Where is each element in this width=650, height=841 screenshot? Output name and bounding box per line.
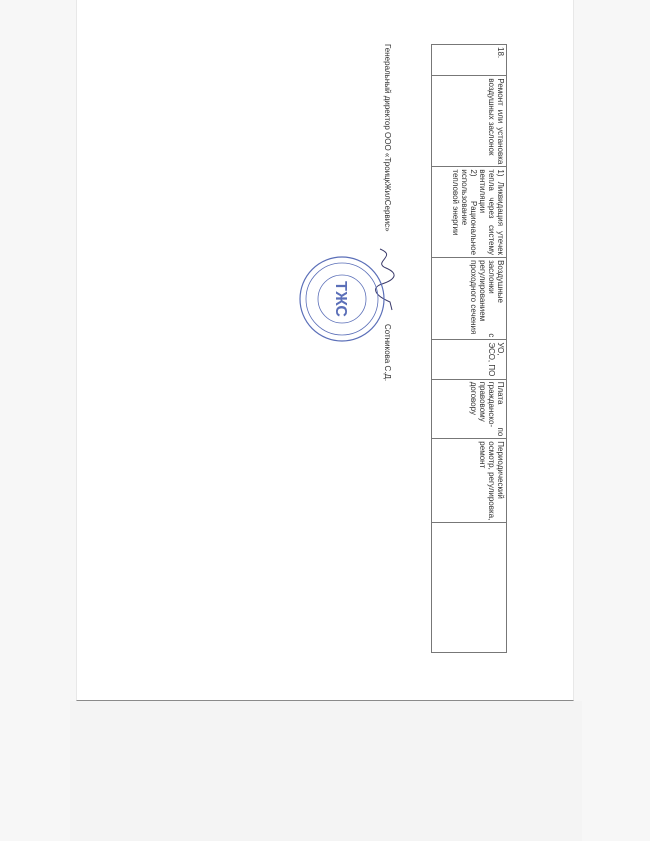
- goal-line-2: 2) Рациональное использование тепловой э…: [451, 169, 478, 255]
- company-stamp-icon: ТЖС: [297, 254, 387, 344]
- next-page-area: [70, 701, 582, 841]
- cell-description: Воздушные заслонки с регулированием прох…: [432, 258, 507, 340]
- goal-line-1: 1) Ликвидация утечек тепла через систему…: [478, 169, 505, 255]
- cell-notes: [432, 523, 507, 653]
- director-label: Генеральный директор ООО «ТроицкЖилСерви…: [383, 44, 392, 232]
- cell-frequency: Периодический осмотр, регулировка, ремон…: [432, 439, 507, 523]
- cell-number: 18.: [432, 45, 507, 76]
- table-row: 18. Ремонт или установка воздушных засло…: [432, 45, 507, 653]
- rotated-content: 18. Ремонт или установка воздушных засло…: [207, 44, 507, 653]
- cell-payment: Плата по гражданско-правовому договору: [432, 379, 507, 439]
- cell-name: Ремонт или установка воздушных заслонок: [432, 76, 507, 167]
- cell-executor: УО, ЭСО, ПО: [432, 340, 507, 379]
- cell-goal: 1) Ликвидация утечек тепла через систему…: [432, 167, 507, 258]
- signer-name: Сотникова С.Д.: [383, 324, 392, 381]
- measures-table: 18. Ремонт или установка воздушных засло…: [431, 44, 507, 653]
- svg-text:ТЖС: ТЖС: [332, 281, 349, 317]
